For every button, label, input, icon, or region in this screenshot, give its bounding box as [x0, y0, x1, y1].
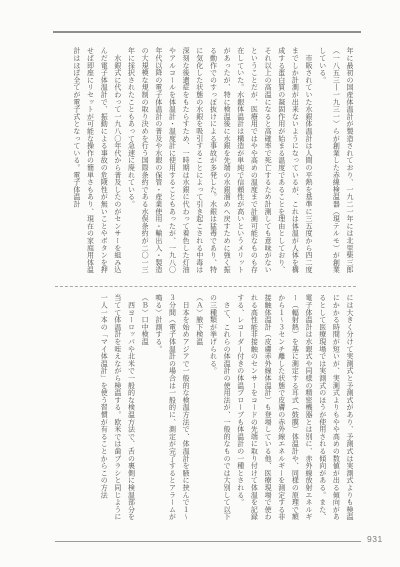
page-number: 931 [367, 534, 383, 544]
text-block-top: 年に最初の国産体温計が製造されており、一九二一年には北里柴三郎（一八五三―一九三… [55, 47, 356, 280]
scanned-book-page: 年に最初の国産体温計が製造されており、一九二一年には北里柴三郎（一八五三―一九三… [0, 0, 400, 567]
paragraph: （Ａ）腋下検温 [192, 294, 206, 527]
paragraph: 日本を始めアジアで一般的な検温方法で、体温計を腋に挟んで１～３分間（電子体温計の… [151, 294, 192, 527]
paragraph: さて、これらの体温計の使用法が、一般的なものでは大別して以下の三種類が挙げられる… [206, 294, 233, 527]
paragraph: 年に最初の国産体温計が製造されており、一九二一年には北里柴三郎（一八五三―一九三… [315, 47, 356, 280]
band-divider-rule [55, 286, 356, 287]
paragraph: （Ｂ）口中検温 [138, 294, 152, 527]
paragraph: 市販されていた水銀体温計は人間の平熱を基準に三五度から四二度までしか計測が出来な… [124, 47, 315, 280]
paragraph: 西ヨーロッパや北米で一般的な検温方法で、舌の裏側に検温部分を当てて体温計を咥えな… [97, 294, 138, 527]
top-rule [53, 31, 361, 33]
text-block-bottom: には大きく分けて実測式と予測式があり、予測式は実測式よりも検温にかかる時間が短い… [55, 294, 356, 527]
bottom-rule [55, 541, 361, 542]
paragraph: には大きく分けて実測式と予測式があり、予測式は実測式よりも検温にかかる時間が短い… [233, 294, 356, 527]
paragraph: 水銀式に代わって一九八〇年代から普及したのがセンサーを組み込んだ電子体温計で、振… [69, 47, 124, 280]
